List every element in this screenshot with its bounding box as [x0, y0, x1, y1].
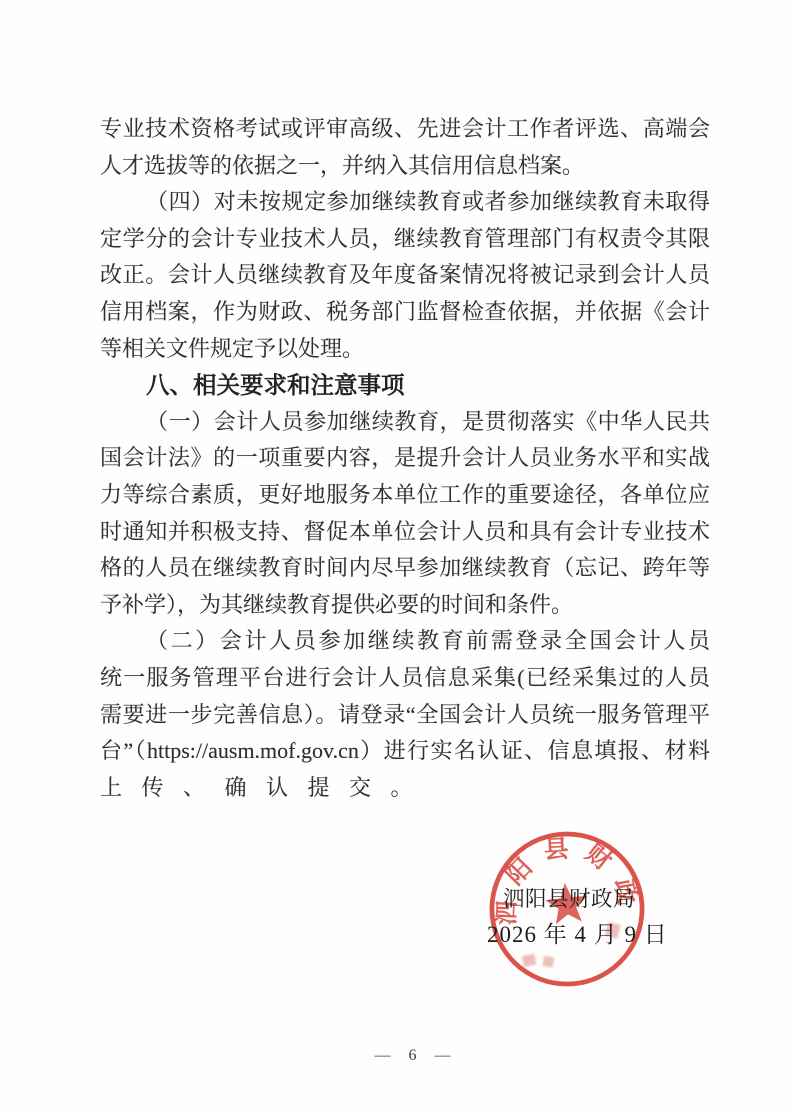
text-line: 格的人员在继续教育时间内尽早参加继续教育（忘记、跨年等不 [100, 550, 710, 587]
text-line: 信用档案，作为财政、税务部门监督检查依据，并依据《会计法》 [100, 294, 710, 331]
document-body: 专业技术资格考试或评审高级、先进会计工作者评选、高端会计人才选拔等的依据之一，并… [100, 111, 710, 806]
text-line: （一）会计人员参加继续教育，是贯彻落实《中华人民共和 [100, 404, 710, 441]
text-line: 予补学），为其继续教育提供必要的时间和条件。 [100, 587, 710, 624]
text-line: 台”（https://ausm.mof.gov.cn）进行实名认证、信息填报、材… [100, 733, 710, 770]
text-line: 定学分的会计专业技术人员，继续教育管理部门有权责令其限期 [100, 221, 710, 258]
text-line: 人才选拔等的依据之一，并纳入其信用信息档案。 [100, 148, 710, 185]
text-line: 等相关文件规定予以处理。 [100, 331, 710, 368]
text-line: 改正。会计人员继续教育及年度备案情况将被记录到会计人员的 [100, 257, 710, 294]
issue-date: 2026 年 4 月 9 日 [487, 921, 668, 949]
text-line: （二）会计人员参加继续教育前需登录全国会计人员 [100, 623, 710, 660]
text-line: 专业技术资格考试或评审高级、先进会计工作者评选、高端会计 [100, 111, 710, 148]
page-number: — 6 — [20, 1047, 792, 1065]
text-line: 时通知并积极支持、督促本单位会计人员和具有会计专业技术资 [100, 514, 710, 551]
text-line: （四）对未按规定参加继续教育或者参加继续教育未取得规 [100, 184, 710, 221]
text-line: 力等综合素质，更好地服务本单位工作的重要途径，各单位应及 [100, 477, 710, 514]
issuer-name: 泗阳县财政局 [503, 886, 635, 912]
scanned-document-page: 专业技术资格考试或评审高级、先进会计工作者评选、高端会计人才选拔等的依据之一，并… [0, 0, 792, 1116]
section-heading: 八、相关要求和注意事项 [100, 367, 710, 404]
text-line: 国会计法》的一项重要内容，是提升会计人员业务水平和实战能 [100, 440, 710, 477]
text-line: 需要进一步完善信息）。请登录“全国会计人员统一服务管理平 [100, 697, 710, 734]
text-line: 上传、确认提交。 [100, 770, 710, 807]
text-line: 统一服务管理平台进行会计人员信息采集(已经采集过的人员 [100, 660, 710, 697]
